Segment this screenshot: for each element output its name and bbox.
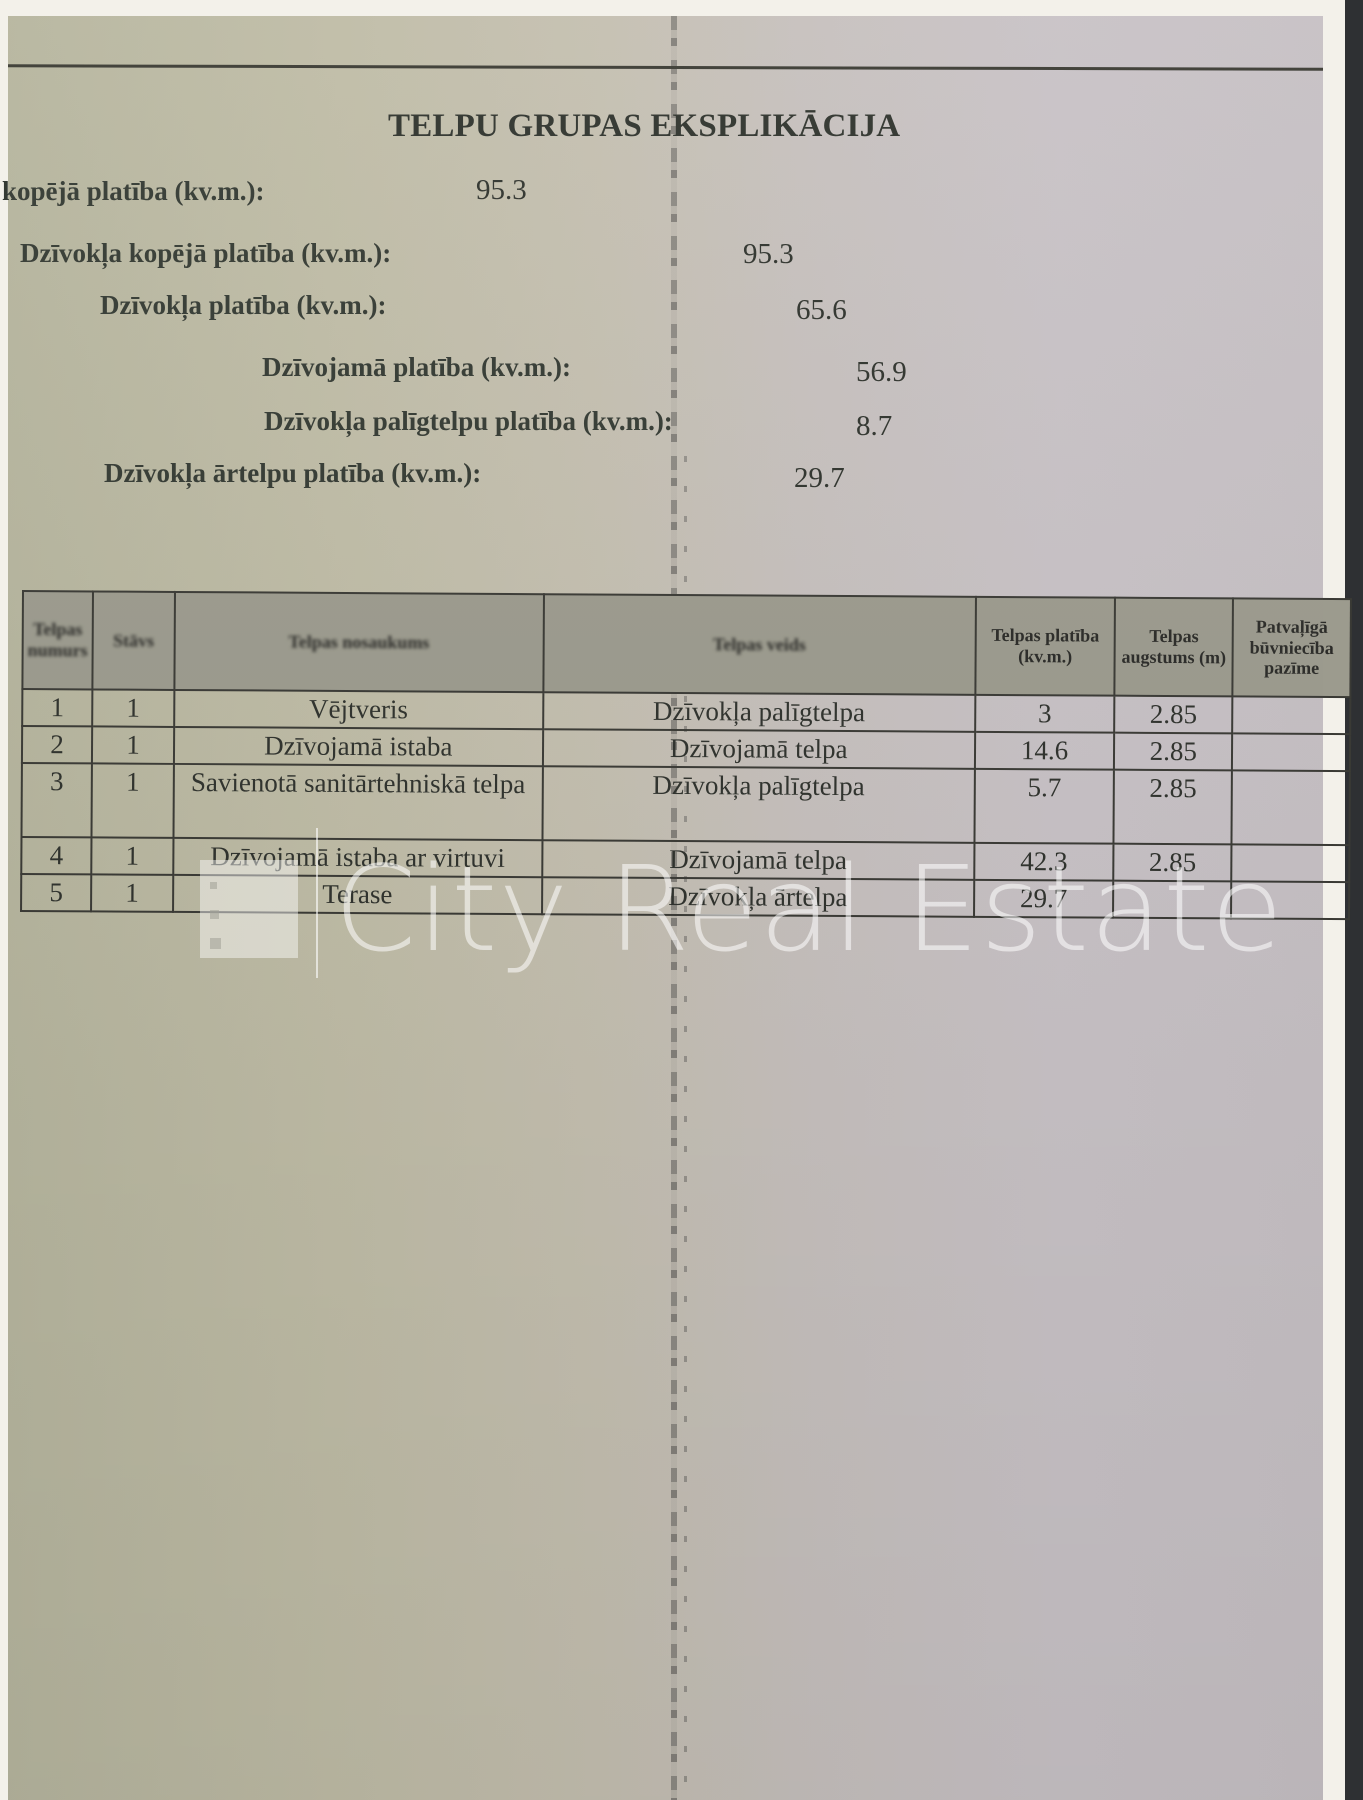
summary-value-living-area: 56.9 bbox=[856, 356, 907, 389]
cell-room-area: 5.7 bbox=[974, 769, 1114, 844]
summary-label-apartment-total: Dzīvokļa kopējā platība (kv.m.): bbox=[20, 238, 391, 269]
cell-room-name: Terase bbox=[173, 875, 542, 914]
table-header-row: Telpas numurs Stāvs Telpas nosaukums Tel… bbox=[22, 591, 1351, 697]
cell-unauthorized bbox=[1232, 770, 1350, 845]
summary-label-outdoor-area: Dzīvokļa ārtelpu platība (kv.m.): bbox=[104, 458, 481, 489]
cell-unauthorized bbox=[1231, 882, 1349, 920]
cell-floor: 1 bbox=[91, 875, 173, 913]
header-room-area: Telpas platība (kv.m.) bbox=[975, 597, 1115, 696]
header-unauthorized-construction: Patvaļīgā būvniecība pazīme bbox=[1232, 598, 1350, 697]
cell-room-number: 3 bbox=[21, 763, 91, 837]
cell-room-area: 42.3 bbox=[974, 843, 1114, 881]
cell-floor: 1 bbox=[92, 764, 174, 838]
summary-value-total: 95.3 bbox=[476, 174, 527, 207]
cell-room-number: 5 bbox=[21, 874, 91, 911]
cell-room-number: 1 bbox=[22, 689, 92, 726]
cell-room-height: 2.85 bbox=[1114, 696, 1232, 734]
cell-room-name: Vējtveris bbox=[174, 690, 543, 729]
table-row: 5 1 Terase Dzīvokļa ārtelpa 29.7 bbox=[21, 874, 1349, 919]
document-page: TELPU GRUPAS EKSPLIKĀCIJA kopējā platība… bbox=[8, 16, 1323, 1800]
cell-room-name: Dzīvojamā istaba ar virtuvi bbox=[173, 838, 542, 877]
summary-value-outdoor-area: 29.7 bbox=[794, 462, 845, 495]
summary-label-living-area: Dzīvojamā platība (kv.m.): bbox=[262, 352, 571, 383]
cell-room-area: 3 bbox=[975, 695, 1115, 733]
cell-unauthorized bbox=[1232, 696, 1350, 734]
cell-room-height bbox=[1113, 881, 1231, 919]
cell-room-type: Dzīvokļa ārtelpa bbox=[542, 877, 974, 917]
header-room-number: Telpas numurs bbox=[22, 591, 93, 689]
summary-value-auxiliary-area: 8.7 bbox=[856, 410, 892, 443]
cell-room-height: 2.85 bbox=[1114, 770, 1232, 845]
cell-room-number: 4 bbox=[21, 837, 91, 874]
header-floor: Stāvs bbox=[92, 591, 174, 689]
header-room-name: Telpas nosaukums bbox=[174, 592, 543, 692]
cell-floor: 1 bbox=[91, 838, 173, 876]
cell-room-area: 14.6 bbox=[975, 732, 1115, 770]
summary-value-apartment-total: 95.3 bbox=[743, 238, 794, 271]
cell-unauthorized bbox=[1232, 733, 1350, 771]
cell-room-height: 2.85 bbox=[1114, 844, 1232, 882]
summary-label-auxiliary-area: Dzīvokļa palīgtelpu platība (kv.m.): bbox=[264, 406, 673, 437]
cell-room-name: Dzīvojamā istaba bbox=[174, 727, 543, 766]
room-explication-table: Telpas numurs Stāvs Telpas nosaukums Tel… bbox=[20, 590, 1352, 920]
cell-room-type: Dzīvojamā telpa bbox=[543, 729, 975, 769]
cell-room-type: Dzīvokļa palīgtelpa bbox=[543, 692, 975, 732]
cell-floor: 1 bbox=[92, 689, 174, 727]
summary-value-apartment-area: 65.6 bbox=[796, 294, 847, 327]
cell-unauthorized bbox=[1231, 844, 1349, 882]
cell-room-name: Savienotā sanitārtehniskā telpa bbox=[173, 764, 542, 840]
summary-label-total: kopējā platība (kv.m.): bbox=[2, 176, 265, 207]
cell-room-area: 29.7 bbox=[974, 880, 1114, 918]
header-room-type: Telpas veids bbox=[543, 594, 976, 695]
cell-floor: 1 bbox=[92, 726, 174, 764]
header-room-height: Telpas augstums (m) bbox=[1115, 598, 1233, 697]
cell-room-number: 2 bbox=[22, 726, 92, 763]
table-row: 3 1 Savienotā sanitārtehniskā telpa Dzīv… bbox=[21, 763, 1349, 845]
document-title: TELPU GRUPAS EKSPLIKĀCIJA bbox=[388, 108, 900, 145]
summary-label-apartment-area: Dzīvokļa platība (kv.m.): bbox=[100, 290, 387, 321]
cell-room-type: Dzīvokļa palīgtelpa bbox=[542, 766, 975, 843]
cell-room-type: Dzīvojamā telpa bbox=[542, 840, 974, 880]
cell-room-height: 2.85 bbox=[1114, 733, 1232, 771]
header-rule bbox=[8, 64, 1323, 70]
